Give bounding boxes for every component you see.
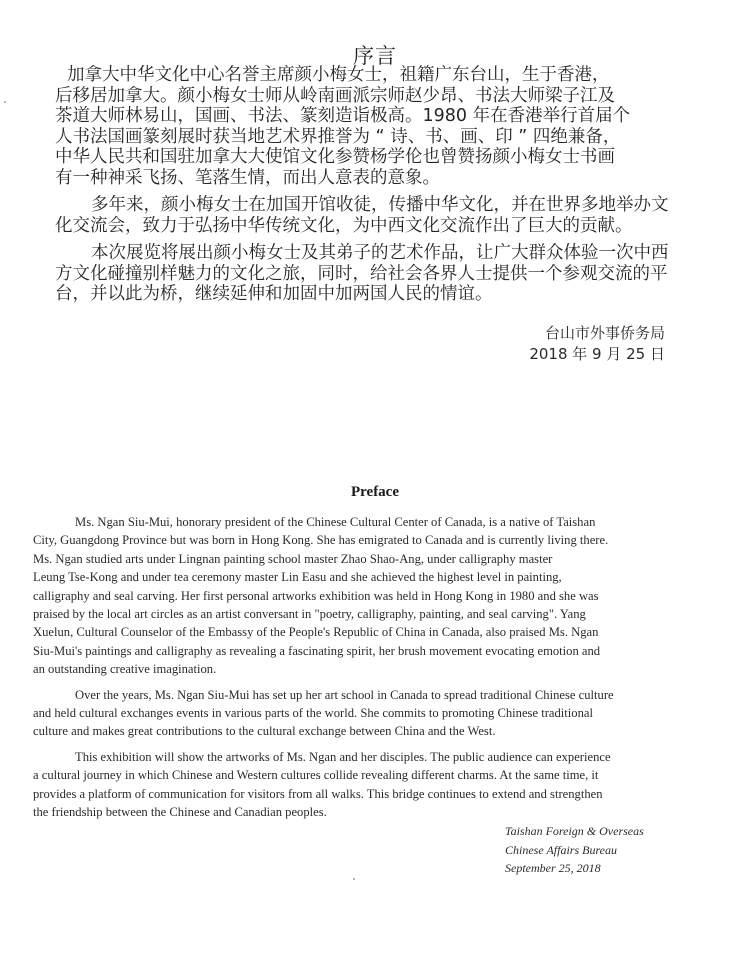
scan-speck <box>4 101 6 103</box>
text-line: 化交流会，致力于弘扬中华传统文化，为中西文化交流作出了巨大的贡献。 <box>55 216 655 237</box>
signature-date: 2018 年 9 月 25 日 <box>515 344 665 365</box>
text-line: Ms. Ngan studied arts under Lingnan pain… <box>33 550 723 568</box>
text-line: an outstanding creative imagination. <box>33 660 723 678</box>
text-line: 本次展览将展出颜小梅女士及其弟子的艺术作品，让广大群众体验一次中西 <box>55 243 655 264</box>
text-line: provides a platform of communication for… <box>33 785 723 803</box>
chinese-paragraph-2: 多年来，颜小梅女士在加国开馆收徒，传播中华文化，并在世界多地举办文 化交流会，致… <box>55 195 655 236</box>
english-title: Preface <box>0 484 750 501</box>
chinese-signature: 台山市外事侨务局 2018 年 9 月 25 日 <box>515 323 665 365</box>
text-line: 中华人民共和国驻加拿大大使馆文化参赞杨学伦也曾赞扬颜小梅女士书画 <box>55 147 655 168</box>
text-line: praised by the local art circles as an a… <box>33 605 723 623</box>
text-line: 茶道大师林易山，国画、书法、篆刻造诣极高。1980 年在香港举行首届个 <box>55 106 655 127</box>
text-line: calligraphy and seal carving. Her first … <box>33 587 723 605</box>
document-page: 序言 加拿大中华文化中心名誉主席颜小梅女士，祖籍广东台山，生于香港， 后移居加拿… <box>0 0 750 970</box>
chinese-body: 加拿大中华文化中心名誉主席颜小梅女士，祖籍广东台山，生于香港， 后移居加拿大。颜… <box>55 65 655 312</box>
text-line: the friendship between the Chinese and C… <box>33 803 723 821</box>
scan-speck <box>353 878 355 880</box>
signature-organization: 台山市外事侨务局 <box>515 323 665 344</box>
english-signature: Taishan Foreign & Overseas Chinese Affai… <box>505 822 644 878</box>
text-line: 有一种神采飞扬、笔落生情，而出人意表的意象。 <box>55 168 655 189</box>
signature-date: September 25, 2018 <box>505 859 644 878</box>
text-line: 方文化碰撞别样魅力的文化之旅，同时，给社会各界人士提供一个参观交流的平 <box>55 264 655 285</box>
english-paragraph-1: Ms. Ngan Siu-Mui, honorary president of … <box>33 513 723 679</box>
text-line: This exhibition will show the artworks o… <box>33 748 723 766</box>
chinese-paragraph-3: 本次展览将展出颜小梅女士及其弟子的艺术作品，让广大群众体验一次中西 方文化碰撞别… <box>55 243 655 305</box>
text-line: Leung Tse-Kong and under tea ceremony ma… <box>33 568 723 586</box>
text-line: Siu-Mui's paintings and calligraphy as r… <box>33 642 723 660</box>
english-body: Ms. Ngan Siu-Mui, honorary president of … <box>33 513 723 829</box>
text-line: Over the years, Ms. Ngan Siu-Mui has set… <box>33 686 723 704</box>
text-line: culture and makes great contributions to… <box>33 722 723 740</box>
text-line: 多年来，颜小梅女士在加国开馆收徒，传播中华文化，并在世界多地举办文 <box>55 195 655 216</box>
text-line: 后移居加拿大。颜小梅女士师从岭南画派宗师赵少昂、书法大师梁子江及 <box>55 86 655 107</box>
signature-line-2: Chinese Affairs Bureau <box>505 841 644 860</box>
text-line: Xuelun, Cultural Counselor of the Embass… <box>33 623 723 641</box>
chinese-paragraph-1: 加拿大中华文化中心名誉主席颜小梅女士，祖籍广东台山，生于香港， 后移居加拿大。颜… <box>55 65 655 188</box>
text-line: 人书法国画篆刻展时获当地艺术界推誉为 “ 诗、书、画、印 ” 四绝兼备， <box>55 127 655 148</box>
text-line: 台，并以此为桥，继续延伸和加固中加两国人民的情谊。 <box>55 284 655 305</box>
english-paragraph-2: Over the years, Ms. Ngan Siu-Mui has set… <box>33 686 723 741</box>
text-line: City, Guangdong Province but was born in… <box>33 531 723 549</box>
english-paragraph-3: This exhibition will show the artworks o… <box>33 748 723 822</box>
text-line: a cultural journey in which Chinese and … <box>33 766 723 784</box>
text-line: and held cultural exchanges events in va… <box>33 704 723 722</box>
text-line: 加拿大中华文化中心名誉主席颜小梅女士，祖籍广东台山，生于香港， <box>55 65 655 86</box>
signature-line-1: Taishan Foreign & Overseas <box>505 822 644 841</box>
text-line: Ms. Ngan Siu-Mui, honorary president of … <box>33 513 723 531</box>
